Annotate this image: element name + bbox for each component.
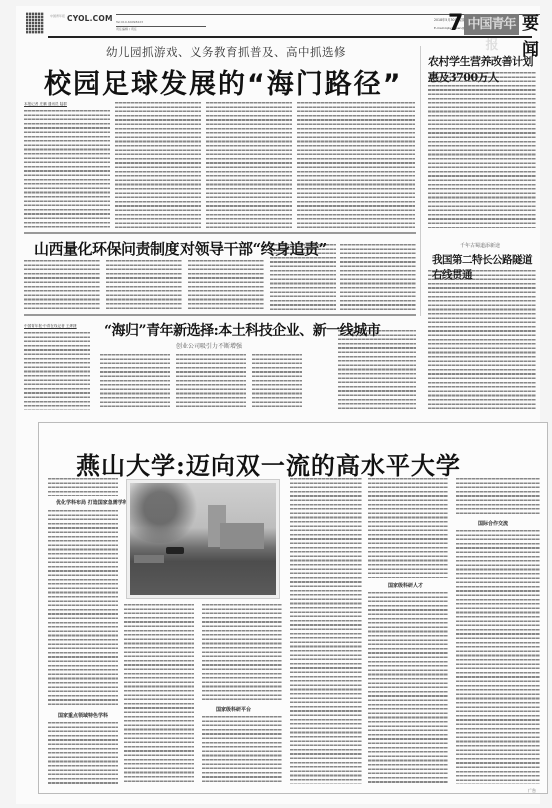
photo-tree	[127, 480, 200, 543]
qr-code-icon	[26, 12, 44, 34]
telephone: Tel:010-64098223	[116, 20, 143, 24]
lead-body-col-4	[297, 102, 415, 228]
lead-body-col-1	[24, 110, 110, 228]
feature-subhead: 国际合作交流	[478, 520, 508, 527]
side-story-1-body	[428, 72, 536, 228]
feature-subhead: 国家重点领域特色学科	[58, 712, 108, 719]
paper-logo: 中国青年报	[464, 14, 519, 35]
feature-body-col-6	[456, 478, 540, 516]
feature-subhead: 国家级科研人才	[388, 582, 423, 589]
feature-body-col-3	[202, 604, 282, 702]
lead-kicker: 幼儿园抓游戏、义务教育抓普及、高中抓选修	[106, 44, 346, 60]
feature-body-col-5	[368, 478, 448, 578]
story-2-body-col-4	[270, 244, 336, 310]
site-small-label: 中国青年报	[50, 14, 65, 18]
editor-credit: 责任编辑 / 责任	[116, 27, 137, 31]
lead-byline: 本报记者 庄鹏 通讯员 陆群	[24, 102, 67, 107]
page-number: 7	[448, 12, 463, 36]
lead-body-col-3	[206, 102, 292, 228]
newspaper-page: 中国青年报 CYOL.COM Tel:010-64098223 责任编辑 / 责…	[16, 6, 540, 804]
lead-headline: 校园足球发展的“海门路径”	[44, 62, 403, 101]
feature-body-col-1	[48, 510, 118, 706]
ad-mark: 广告	[528, 788, 536, 794]
lead-body-col-2	[115, 102, 201, 228]
feature-body-col-3b	[202, 716, 282, 784]
story-3-body-col-1	[24, 332, 90, 410]
story-3-body-col-4	[252, 354, 302, 410]
story-2-headline-a: 山西量化环保问责制度	[34, 238, 179, 259]
story-3-body-col-2	[100, 354, 170, 410]
feature-intro	[48, 478, 118, 496]
feature-body-col-4	[290, 478, 362, 784]
feature-body-col-2	[124, 604, 194, 784]
feature-photo	[127, 480, 279, 598]
story-2-body-col-3	[188, 260, 264, 310]
story-3-body-col-3	[176, 354, 246, 410]
story-3-body-col-5	[338, 330, 416, 410]
side-story-2-kicker: 千年古蜀道添新途	[460, 242, 500, 249]
feature-subhead: 优化学科布局 打造国家急需学科	[56, 499, 128, 506]
photo-dock	[134, 555, 164, 563]
site-url[interactable]: CYOL.COM	[67, 14, 113, 23]
column-divider	[420, 46, 421, 316]
section-divider	[24, 314, 416, 316]
feature-body-col-6b	[456, 530, 540, 784]
feature-body-col-1b	[48, 722, 118, 784]
story-2-body-col-1	[24, 260, 100, 310]
feature-title: 燕山大学:迈向双一流的高水平大学	[76, 446, 461, 481]
story-2-body-col-2	[106, 260, 182, 310]
section-divider	[24, 232, 416, 234]
feature-subhead: 国家级科研平台	[216, 706, 251, 713]
side-story-2-body	[428, 270, 536, 410]
story-3-subheadline: 创业公司吸引力不断增强	[176, 341, 242, 350]
feature-body-col-5b	[368, 592, 448, 784]
photo-boat	[166, 547, 184, 554]
story-2-body-col-5	[340, 244, 416, 310]
story-3-byline: 中国青年报·中青在线记者 王烨捷	[24, 324, 77, 329]
photo-building	[220, 523, 264, 549]
masthead-rule	[48, 36, 532, 38]
masthead: 中国青年报 CYOL.COM Tel:010-64098223 责任编辑 / 责…	[16, 6, 540, 36]
